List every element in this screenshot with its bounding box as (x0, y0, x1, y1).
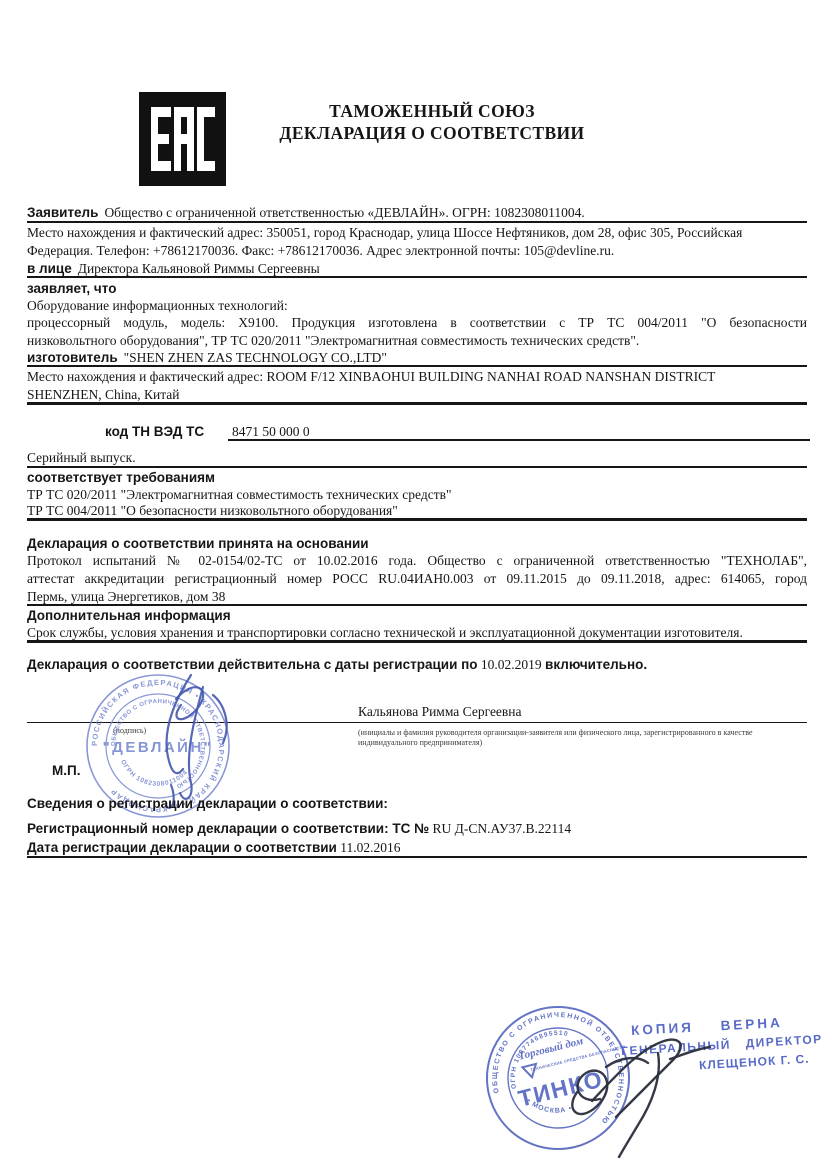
divider (27, 466, 807, 468)
manufacturer-address-line1: Место нахождения и фактический адрес: RO… (27, 368, 715, 385)
additional-text: Срок службы, условия хранения и транспор… (27, 624, 743, 641)
validity-suffix: включительно. (545, 657, 647, 672)
validity-date: 10.02.2019 (481, 657, 542, 672)
divider (27, 518, 807, 521)
registration-date-line: Дата регистрации декларации о соответств… (27, 839, 400, 856)
registration-header: Сведения о регистрации декларации о соот… (27, 795, 388, 812)
basis-line1: Протокол испытаний № 02-0154/02-ТС от 10… (27, 552, 807, 569)
registration-date-value: 11.02.2016 (340, 840, 400, 855)
requirements-label: соответствует требованиям (27, 469, 215, 486)
product-line2: процессорный модуль, модель: X9100. Прод… (27, 314, 807, 331)
applicant-label: Заявитель (27, 205, 98, 220)
registration-number-label: Регистрационный номер декларации о соотв… (27, 821, 429, 836)
in-person-label: в лице (27, 261, 72, 276)
requirements-item1: ТР ТС 020/2011 "Электромагнитная совмест… (27, 486, 451, 503)
divider (27, 276, 807, 278)
director-signature (520, 1015, 750, 1160)
tnved-value: 8471 50 000 0 (232, 423, 310, 440)
manufacturer-value: "SHEN ZHEN ZAS TECHNOLOGY CO.,LTD" (124, 350, 387, 365)
additional-label: Дополнительная информация (27, 607, 231, 624)
divider (27, 402, 807, 405)
registration-number-line: Регистрационный номер декларации о соотв… (27, 820, 571, 837)
declares-label: заявляет, что (27, 280, 116, 297)
applicant-address-line1: Место нахождения и фактический адрес: 35… (27, 224, 742, 241)
manufacturer-address-line2: SHENZHEN, China, Китай (27, 386, 180, 403)
divider (228, 439, 810, 441)
manufacturer-line: изготовитель"SHEN ZHEN ZAS TECHNOLOGY CO… (27, 349, 387, 366)
applicant-value: Общество с ограниченной ответственностью… (104, 205, 584, 220)
declaration-document: ТАМОЖЕННЫЙ СОЮЗ ДЕКЛАРАЦИЯ О СООТВЕТСТВИ… (0, 0, 823, 1165)
basis-label: Декларация о соответствии принята на осн… (27, 535, 369, 552)
name-caption-line2: индивидуального предпринимателя) (358, 738, 482, 748)
tnved-label: код ТН ВЭД ТС (105, 423, 204, 440)
applicant-address-line2: Федерация. Телефон: +78612170036. Факс: … (27, 242, 614, 259)
doc-title-line1: ТАМОЖЕННЫЙ СОЮЗ (42, 101, 822, 122)
divider (27, 604, 807, 606)
doc-title-line2: ДЕКЛАРАЦИЯ О СООТВЕТСТВИИ (42, 123, 822, 144)
devline-stamp-center: "ДЕВЛАЙН" (103, 738, 214, 756)
in-person-line: в лицеДиректора Кальяновой Риммы Сергеев… (27, 260, 320, 277)
divider (27, 640, 807, 643)
basis-line3: Пермь, улица Энергетиков, дом 38 (27, 588, 225, 605)
product-line3: низковольтного оборудования", ТР ТС 020/… (27, 332, 639, 349)
name-caption-line1: (инициалы и фамилия руководителя организ… (358, 728, 753, 738)
in-person-value: Директора Кальяновой Риммы Сергеевны (78, 261, 320, 276)
divider (27, 856, 807, 858)
divider (27, 221, 807, 223)
product-line1: Оборудование информационных технологий: (27, 297, 288, 314)
divider (27, 365, 807, 367)
registration-number-value: RU Д-CN.АУ37.В.22114 (433, 821, 572, 836)
requirements-item2: ТР ТС 004/2011 "О безопасности низковоль… (27, 502, 398, 519)
signatory-name: Кальянова Римма Сергеевна (358, 703, 522, 720)
registration-date-label: Дата регистрации декларации о соответств… (27, 840, 337, 855)
applicant-line: ЗаявительОбщество с ограниченной ответст… (27, 204, 585, 221)
manufacturer-label: изготовитель (27, 350, 118, 365)
basis-line2: аттестат аккредитации регистрационный но… (27, 570, 807, 587)
serial-text: Серийный выпуск. (27, 449, 136, 466)
